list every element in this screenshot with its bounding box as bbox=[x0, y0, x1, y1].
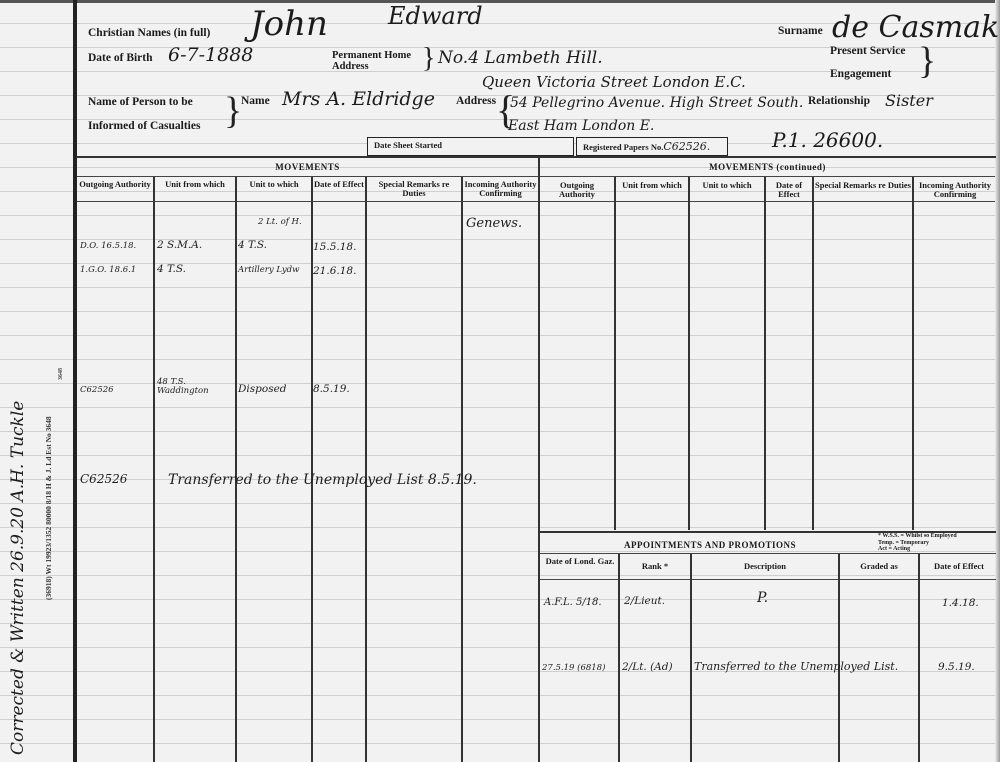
movement-row-0-to: 2 Lt. of H. bbox=[258, 217, 302, 227]
legend-act: Act = Acting bbox=[878, 546, 957, 553]
brace: } bbox=[224, 92, 242, 130]
brace: } bbox=[918, 42, 936, 80]
registered-papers-row: Registered Papers No. C62526. bbox=[577, 138, 727, 155]
surname-value: de Casmaker. bbox=[832, 10, 1000, 45]
date-sheet-started-label: Date Sheet Started bbox=[368, 138, 573, 152]
movements-continued-title-rule bbox=[540, 176, 995, 177]
margin-form-code: 3648 bbox=[58, 368, 64, 380]
movement-row-2-date: 21.6.18. bbox=[313, 265, 356, 277]
rank-legend: * W.S.S. = Whilst so Employed Temp. = Te… bbox=[878, 533, 957, 553]
col-description: Description bbox=[692, 562, 838, 571]
right-edge-shadow bbox=[995, 0, 1000, 762]
movements-title: MOVEMENTS bbox=[77, 162, 538, 172]
surname-label: Surname bbox=[778, 25, 823, 37]
movement-row-4-remark: Transferred to the Unemployed List 8.5.1… bbox=[168, 472, 477, 488]
permanent-home-label: Permanent Home bbox=[332, 50, 411, 61]
col-unit-from: Unit from which bbox=[616, 181, 688, 190]
col-special-remarks: Special Remarks re Duties bbox=[814, 181, 912, 190]
col-special-remarks: Special Remarks re Duties bbox=[367, 180, 461, 198]
date-sheet-started-box: Date Sheet Started bbox=[367, 137, 574, 156]
movement-row-0-confirming: Genews. bbox=[466, 216, 522, 231]
col-graded-as: Graded as bbox=[840, 562, 918, 571]
top-border bbox=[0, 0, 1000, 3]
appointments-header-rule bbox=[540, 579, 996, 580]
dob-value: 6-7-1888 bbox=[168, 44, 253, 66]
appointment-row-0-description: P. bbox=[757, 590, 768, 606]
movement-row-1-from: 2 S.M.A. bbox=[157, 239, 202, 251]
dob-label: Date of Birth bbox=[88, 52, 153, 64]
margin-printer-imprint: (36918) Wt 19923/1352 80000 8/18 H & J. … bbox=[44, 416, 53, 600]
nok-label-line-2: Informed of Casualties bbox=[88, 120, 200, 132]
movement-row-2-authority: 1.G.O. 18.6.1 bbox=[80, 265, 136, 275]
movement-row-3-to: Disposed bbox=[238, 383, 287, 395]
col-unit-to: Unit to which bbox=[690, 181, 764, 190]
movement-row-3-from: 48 T.S. Waddington bbox=[157, 378, 229, 396]
appointment-row-1-description: Transferred to the Unemployed List. bbox=[694, 660, 898, 673]
service-record-sheet: Christian Names (in full) John Edward Su… bbox=[0, 0, 1000, 762]
appointment-row-0-effect: 1.4.18. bbox=[942, 597, 979, 609]
movement-row-2-to: Artillery Lydw bbox=[238, 265, 299, 275]
relationship-label: Relationship bbox=[808, 95, 870, 107]
file-reference: P.1. 26600. bbox=[772, 128, 883, 152]
nok-name-label: Name bbox=[241, 95, 270, 107]
registered-papers-label: Registered Papers No. bbox=[583, 142, 663, 152]
movements-continued-title: MOVEMENTS (continued) bbox=[540, 162, 995, 172]
movements-header-rule bbox=[77, 201, 538, 202]
col-divider bbox=[688, 177, 690, 530]
movement-row-1-to: 4 T.S. bbox=[238, 239, 267, 251]
col-divider bbox=[365, 177, 367, 762]
col-incoming-authority: Incoming Authority Confirming bbox=[914, 181, 996, 199]
col-divider bbox=[918, 554, 920, 762]
permanent-home-address-label: Address bbox=[332, 61, 369, 72]
appointments-title-rule bbox=[540, 553, 996, 554]
movement-row-1-authority: D.O. 16.5.18. bbox=[80, 241, 136, 251]
christian-names-label: Christian Names (in full) bbox=[88, 27, 210, 39]
legend-wss: * W.S.S. = Whilst so Employed bbox=[878, 533, 957, 540]
col-divider bbox=[461, 177, 463, 762]
center-divider bbox=[538, 157, 540, 762]
col-divider bbox=[618, 554, 620, 762]
col-divider bbox=[690, 554, 692, 762]
col-divider bbox=[912, 177, 914, 530]
nok-name-value: Mrs A. Eldridge bbox=[282, 88, 435, 110]
col-date-of-effect: Date of Effect bbox=[920, 562, 998, 571]
nok-label-line-1: Name of Person to be bbox=[88, 96, 193, 108]
engagement-label: Engagement bbox=[830, 68, 891, 80]
nok-address-line-2: East Ham London E. bbox=[508, 118, 654, 134]
relationship-value: Sister bbox=[885, 91, 933, 110]
col-divider bbox=[812, 177, 814, 530]
col-divider bbox=[153, 177, 155, 762]
appointment-row-0-gazette: A.F.L. 5/18. bbox=[544, 597, 602, 608]
movement-row-4-authority: C62526 bbox=[80, 472, 127, 486]
present-service-label: Present Service bbox=[830, 45, 905, 57]
col-date-effect: Date of Effect bbox=[766, 181, 812, 199]
registered-papers-value: C62526. bbox=[663, 140, 710, 153]
movement-row-2-from: 4 T.S. bbox=[157, 263, 186, 275]
appointment-row-1-effect: 9.5.19. bbox=[938, 661, 975, 673]
appointment-row-1-rank: 2/Lt. (Ad) bbox=[622, 661, 673, 673]
movements-title-rule bbox=[77, 176, 538, 177]
col-incoming-authority: Incoming Authority Confirming bbox=[463, 180, 538, 198]
movement-row-3-authority: C62526 bbox=[80, 385, 114, 395]
col-divider bbox=[614, 177, 616, 530]
brace: } bbox=[422, 45, 435, 73]
appointments-title: APPOINTMENTS AND PROMOTIONS bbox=[540, 540, 880, 550]
christian-name-first: John bbox=[250, 4, 328, 44]
col-outgoing-authority: Outgoing Authority bbox=[77, 180, 153, 189]
margin-handwritten-note: Corrected & Written 26.9.20 A.H. Tuckle bbox=[8, 401, 28, 755]
header-divider bbox=[76, 156, 996, 158]
registered-papers-box: Registered Papers No. C62526. bbox=[576, 137, 728, 156]
col-outgoing-authority: Outgoing Authority bbox=[542, 181, 612, 199]
nok-address-label: Address bbox=[456, 95, 496, 107]
appointment-row-0-rank: 2/Lieut. bbox=[624, 595, 665, 607]
col-divider bbox=[764, 177, 766, 530]
col-unit-to: Unit to which bbox=[237, 180, 311, 189]
col-gazette-date: Date of Lond. Gaz. bbox=[542, 557, 618, 566]
permanent-address-line-2: Queen Victoria Street London E.C. bbox=[482, 73, 746, 91]
col-date-effect: Date of Effect bbox=[313, 180, 365, 189]
left-margin-rule bbox=[73, 0, 77, 762]
appointment-row-1-gazette: 27.5.19 (6818) bbox=[542, 663, 605, 673]
movement-row-3-date: 8.5.19. bbox=[313, 383, 350, 395]
movement-row-1-date: 15.5.18. bbox=[313, 241, 356, 253]
col-divider bbox=[838, 554, 840, 762]
permanent-address-line-1: No.4 Lambeth Hill. bbox=[438, 48, 603, 68]
christian-name-second: Edward bbox=[388, 2, 483, 30]
col-unit-from: Unit from which bbox=[155, 180, 235, 189]
col-divider bbox=[235, 177, 237, 762]
nok-address-line-1: 54 Pellegrino Avenue. High Street South. bbox=[510, 95, 803, 111]
col-rank: Rank * bbox=[620, 562, 690, 571]
movements-continued-header-rule bbox=[540, 201, 995, 202]
